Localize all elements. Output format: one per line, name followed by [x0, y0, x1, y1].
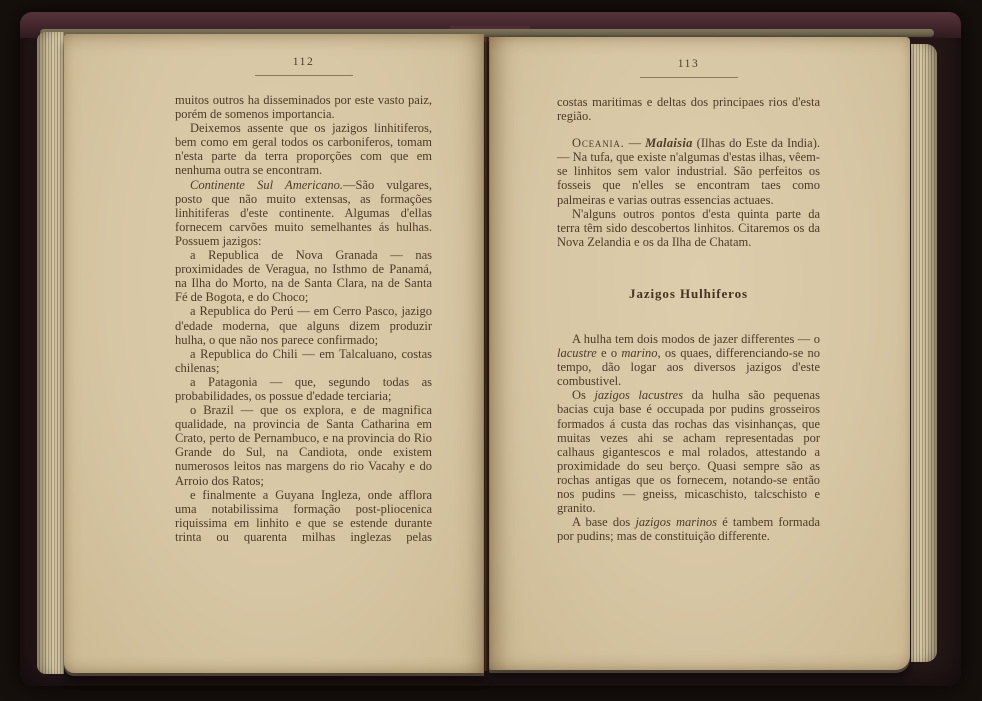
paragraph: a Republica de Nova Granada — nas proxim… — [175, 248, 432, 304]
right-header-rule — [640, 77, 738, 78]
left-page-column: 112 muitos outros ha disseminados por es… — [175, 56, 432, 544]
paragraph: a Patagonia — que, segundo todas as prob… — [175, 375, 432, 403]
left-page-header: 112 — [175, 56, 432, 76]
paragraph: o Brazil — que os explora, e de magnific… — [175, 403, 432, 488]
text-segment: da hulha são pequenas bacias cuja base é… — [557, 388, 820, 515]
right-page: 113 costas maritimas e deltas dos princi… — [489, 37, 910, 670]
text-segment: N'alguns outros pontos d'esta quinta par… — [557, 207, 820, 249]
book-gutter — [483, 37, 490, 671]
text-segment: a Republica do Chili — em Talcaluano, co… — [175, 347, 432, 375]
paragraph: N'alguns outros pontos d'esta quinta par… — [557, 207, 820, 249]
paragraph: a Republica do Perú — em Cerro Pasco, ja… — [175, 304, 432, 346]
section-heading: Jazigos Hulhiferos — [557, 286, 820, 302]
paragraph: a Republica do Chili — em Talcaluano, co… — [175, 347, 432, 375]
text-segment: costas maritimas e deltas dos principaes… — [557, 95, 820, 123]
text-segment: a Patagonia — que, segundo todas as prob… — [175, 375, 432, 403]
paragraph: muitos outros ha disseminados por este v… — [175, 93, 432, 121]
page-edges-right — [911, 44, 937, 662]
left-page: 112 muitos outros ha disseminados por es… — [64, 34, 484, 673]
text-segment: Oceania. — [572, 136, 625, 150]
text-segment: Os — [572, 388, 594, 402]
left-page-text: muitos outros ha disseminados por este v… — [175, 93, 432, 544]
text-segment: e finalmente a Guyana Ingleza, onde affl… — [175, 488, 432, 544]
paragraph: A base dos jazigos marinos é tambem form… — [557, 515, 820, 543]
text-segment: a Republica do Perú — em Cerro Pasco, ja… — [175, 304, 432, 346]
text-segment: jazigos lacustres — [594, 388, 683, 402]
text-segment: Deixemos assente que os jazigos linhitif… — [175, 121, 432, 177]
paragraph: Deixemos assente que os jazigos linhitif… — [175, 121, 432, 177]
text-segment: a Republica de Nova Granada — nas proxim… — [175, 248, 432, 304]
text-segment: Malaisia — [645, 136, 693, 150]
paragraph: e finalmente a Guyana Ingleza, onde affl… — [175, 488, 432, 544]
paragraph: A hulha tem dois modos de jazer differen… — [557, 332, 820, 388]
right-page-column: 113 costas maritimas e deltas dos princi… — [557, 58, 820, 543]
text-segment: lacustre — [557, 346, 597, 360]
right-page-text-after: A hulha tem dois modos de jazer differen… — [557, 332, 820, 543]
text-segment: e o — [597, 346, 622, 360]
paragraph: Os jazigos lacustres da hulha são pequen… — [557, 388, 820, 515]
left-header-rule — [255, 75, 353, 76]
text-segment: muitos outros ha disseminados por este v… — [175, 93, 432, 121]
text-segment: jazigos marinos — [635, 515, 717, 529]
right-page-header: 113 — [557, 58, 820, 78]
text-segment: o Brazil — que os explora, e de magnific… — [175, 403, 432, 487]
paragraph: Continente Sul Americano.—São vulgares, … — [175, 178, 432, 248]
paragraph: costas maritimas e deltas dos principaes… — [557, 95, 820, 123]
text-segment: — — [625, 136, 646, 150]
right-page-number: 113 — [557, 58, 820, 70]
book-photo-scene: 112 muitos outros ha disseminados por es… — [0, 0, 982, 701]
text-segment: A hulha tem dois modos de jazer differen… — [572, 332, 820, 346]
text-segment: A base dos — [572, 515, 635, 529]
right-page-text-before: costas maritimas e deltas dos principaes… — [557, 95, 820, 249]
text-segment: Continente Sul Americano. — [190, 178, 343, 192]
paragraph: Oceania. — Malaisia (Ilhas do Este da In… — [557, 136, 820, 206]
page-edges-left — [37, 32, 64, 674]
left-page-number: 112 — [175, 56, 432, 68]
text-segment: marino — [621, 346, 657, 360]
